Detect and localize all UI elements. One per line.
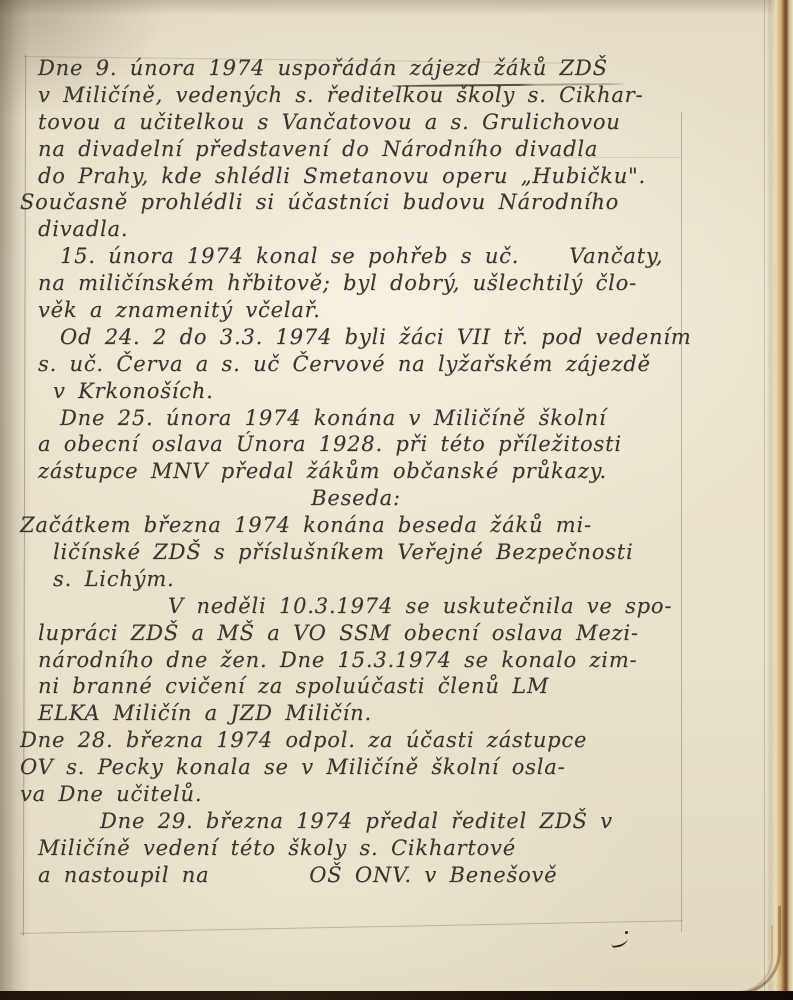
handwritten-line: v Miličíně, vedených s. ředitelkou školy… xyxy=(28,82,684,109)
handwritten-line: zástupce MNV předal žákům občanské průka… xyxy=(28,458,684,485)
handwritten-line: Dne 9. února 1974 uspořádán zájezd žáků … xyxy=(28,55,684,82)
handwritten-line: tovou a učitelkou s Vančatovou a s. Grul… xyxy=(28,109,684,136)
page-crease-line xyxy=(764,0,765,991)
handwritten-line: OV s. Pecky konala se v Miličíně školní … xyxy=(20,754,684,781)
handwritten-line: na miličínském hřbitově; byl dobrý, ušle… xyxy=(28,270,684,297)
handwritten-line: va Dne učitelů. xyxy=(20,781,684,808)
book-page-edges xyxy=(767,0,793,993)
handwritten-line: Dne 25. února 1974 konána v Miličíně ško… xyxy=(28,405,684,432)
handwritten-line: Miličíně vedení této školy s. Cikhartové xyxy=(28,835,684,862)
handwritten-line: V neděli 10.3.1974 se uskutečnila ve spo… xyxy=(28,593,684,620)
handwritten-line: ni branné cvičení za spoluúčasti členů L… xyxy=(28,673,684,700)
chronicle-page-photo: Dne 9. února 1974 uspořádán zájezd žáků … xyxy=(0,0,793,1000)
handwritten-line: Od 24. 2 do 3.3. 1974 byli žáci VII tř. … xyxy=(28,324,684,351)
handwritten-line: divadla. xyxy=(28,216,684,243)
handwritten-line: a obecní oslava Února 1928. při této pří… xyxy=(28,431,684,458)
handwritten-line: Dne 29. března 1974 předal ředitel ZDŠ v xyxy=(28,808,684,835)
handwritten-line: 15. února 1974 konal se pohřeb s uč. Van… xyxy=(28,243,684,270)
handwritten-line: s. uč. Červa a s. uč Červové na lyžařské… xyxy=(28,351,684,378)
handwritten-line: Začátkem března 1974 konána beseda žáků … xyxy=(20,512,684,539)
handwritten-line: do Prahy, kde shlédli Smetanovu operu „H… xyxy=(28,163,684,190)
handwritten-line: Beseda: xyxy=(28,485,684,512)
handwritten-line: lupráci ZDŠ a MŠ a VO SSM obecní oslava … xyxy=(28,620,684,647)
handwritten-line: s. Lichým. xyxy=(28,566,684,593)
handwritten-line: národního dne žen. Dne 15.3.1974 se kona… xyxy=(28,647,684,674)
handwritten-line: Dne 28. března 1974 odpol. za účasti zás… xyxy=(20,727,684,754)
handwritten-line: věk a znamenitý včelař. xyxy=(28,297,684,324)
handwritten-line: na divadelní představení do Národního di… xyxy=(28,136,684,163)
handwritten-line: Současně prohlédli si účastníci budovu N… xyxy=(20,189,684,216)
handwritten-line: a nastoupil na OŠ ONV. v Benešově xyxy=(28,862,684,889)
handwritten-line: ličínské ZDŠ s příslušníkem Veřejné Bezp… xyxy=(28,539,684,566)
ink-check-mark-dot xyxy=(625,931,628,934)
book-cover-edge xyxy=(0,991,793,1000)
document-lines: Dne 9. února 1974 uspořádán zájezd žáků … xyxy=(28,55,684,889)
handwritten-line: v Krkonoších. xyxy=(28,378,684,405)
handwritten-line: ELKA Miličín a JZD Miličín. xyxy=(28,700,684,727)
